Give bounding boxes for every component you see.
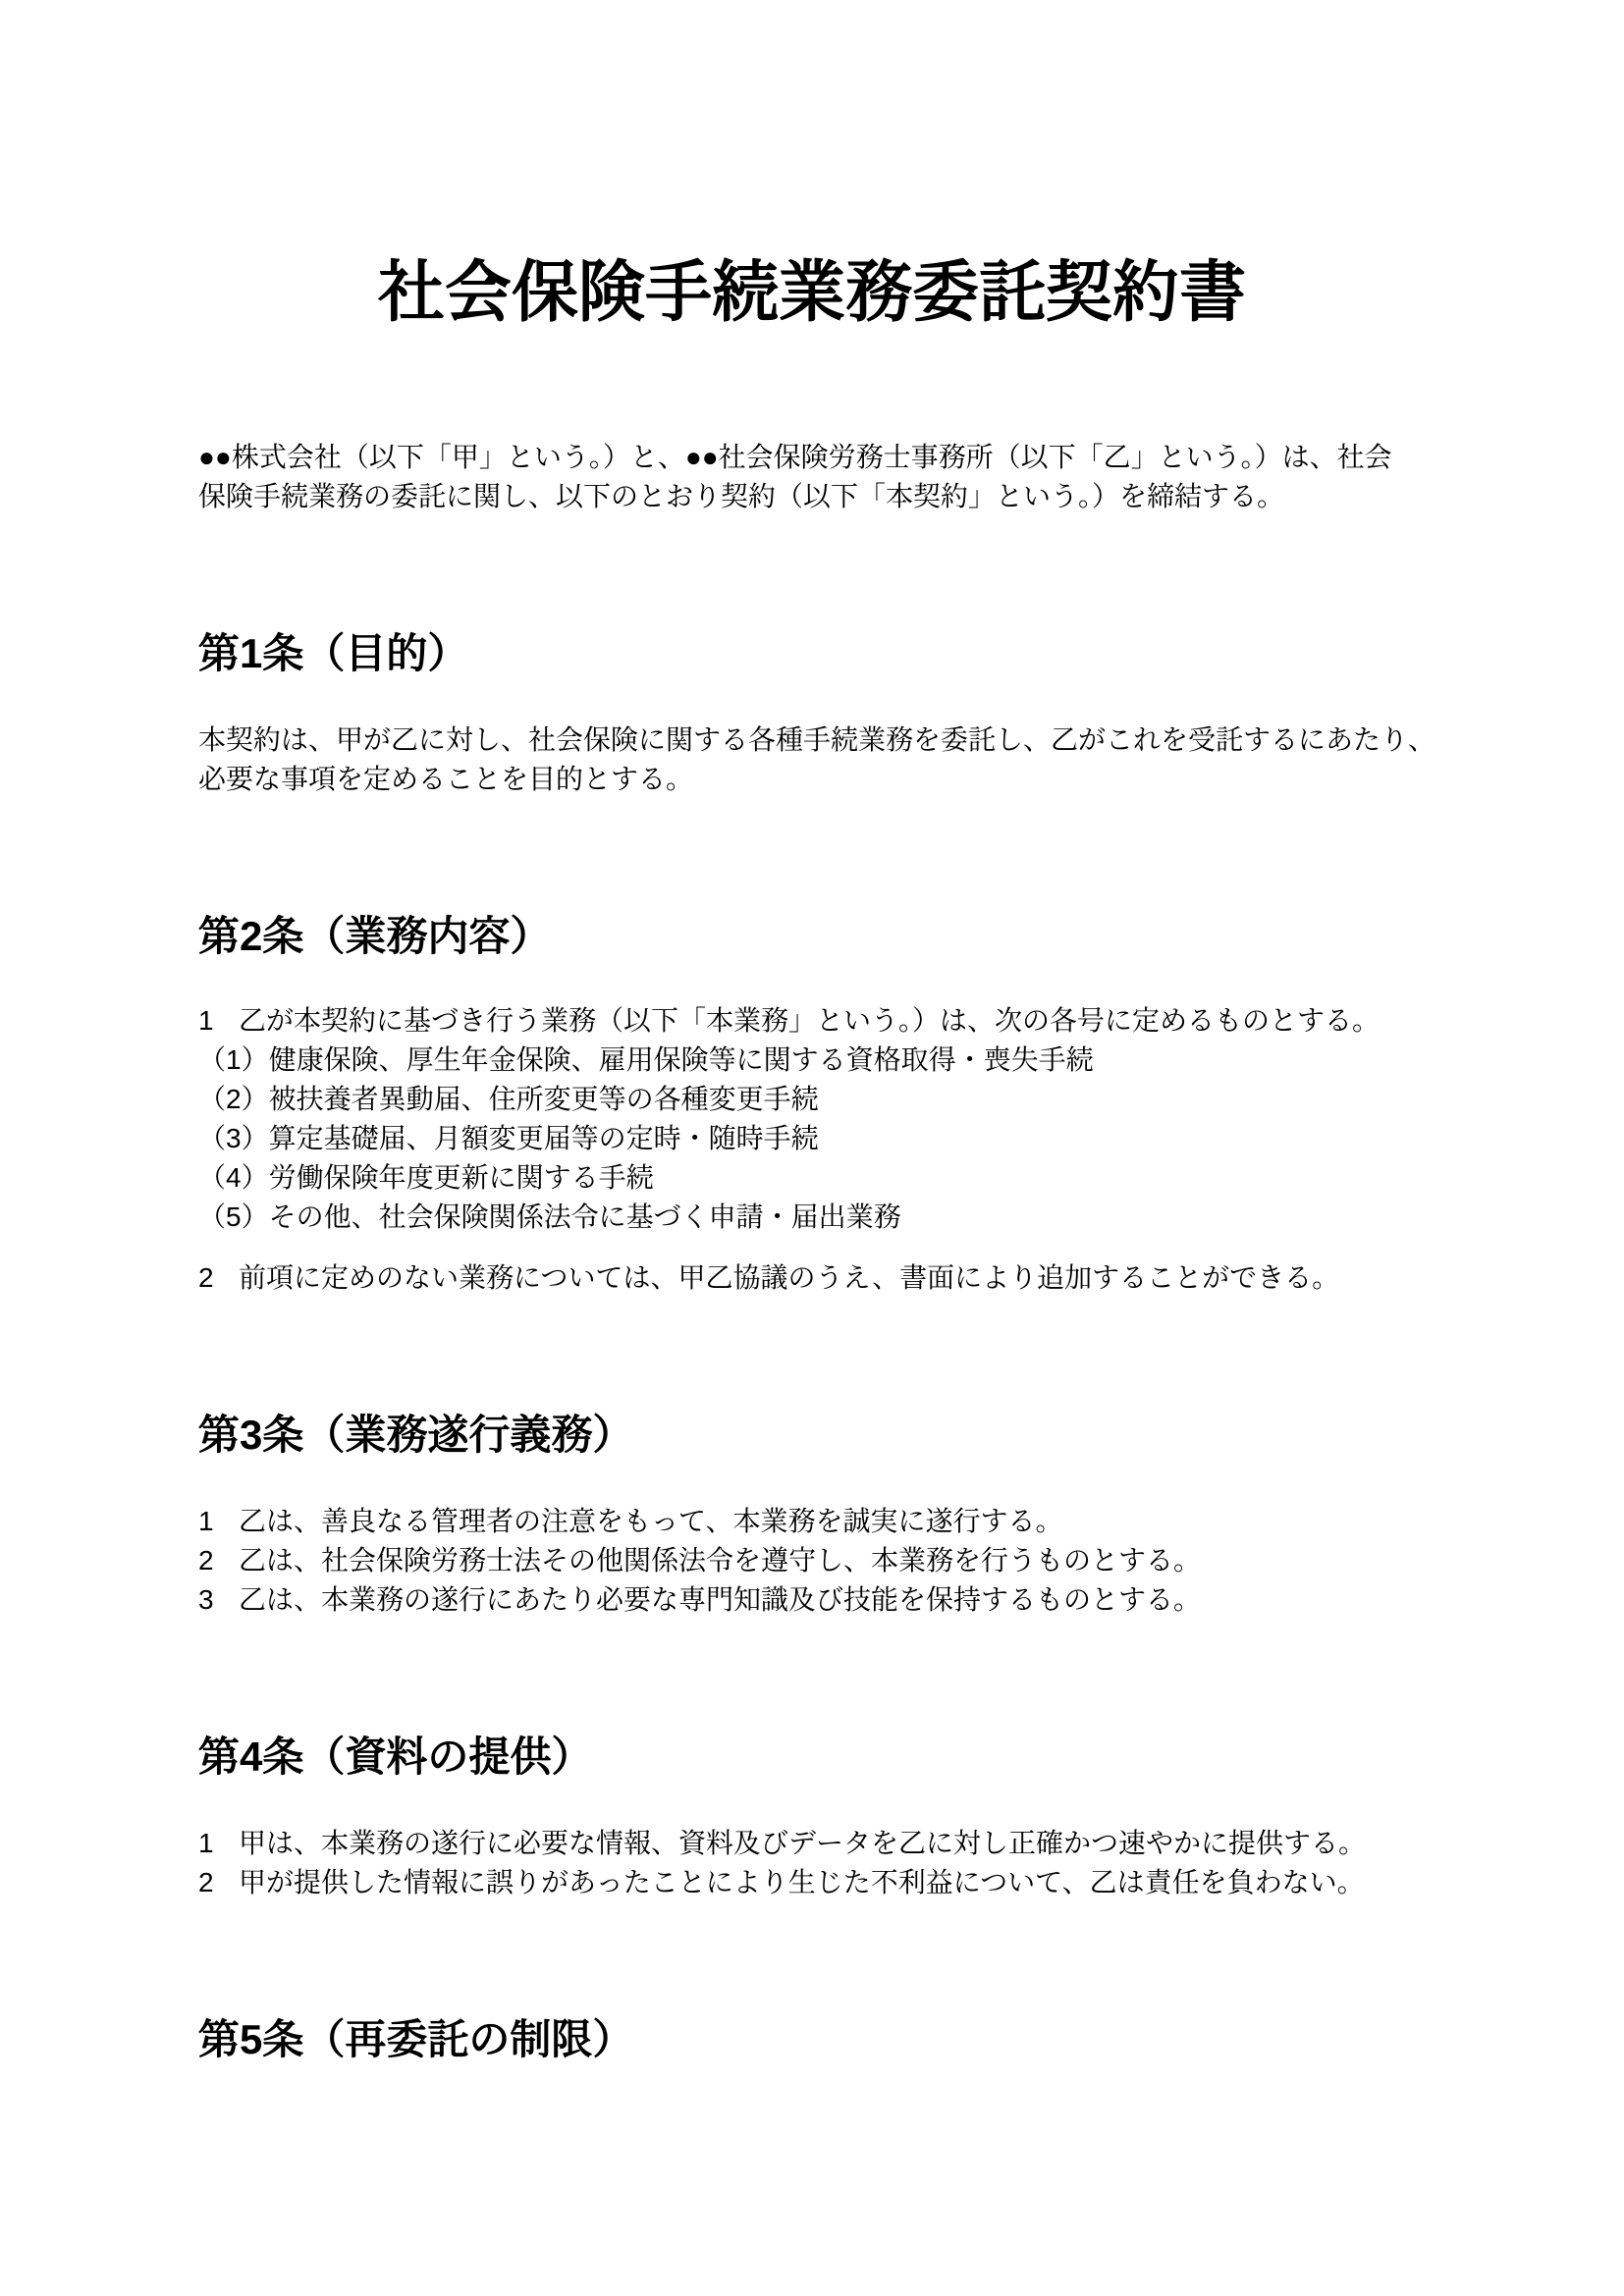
clause-text: 乙は、社会保険労務士法その他関係法令を遵守し、本業務を行うものとする。 [239,1541,1516,1580]
article-3-heading: 第3条（業務遂行義務） [198,1408,1516,1463]
clause-text: 乙は、本業務の遂行にあたり必要な専門知識及び技能を保持するものとする。 [239,1580,1516,1620]
article-4-clause-list: 1 甲は、本業務の遂行に必要な情報、資料及びデータを乙に対し正確かつ速やかに提供… [198,1824,1516,1902]
clause-text: 前項に定めのない業務については、甲乙協議のうえ、書面により追加することができる。 [239,1258,1516,1298]
article-1-body: 本契約は、甲が乙に対し、社会保険に関する各種手続業務を委託し、乙がこれを受託する… [198,721,1516,799]
article-2-clause-list: 1 乙が本契約に基づき行う業務（以下「本業務」という。）は、次の各号に定めるもの… [198,1001,1516,1298]
article-2-clause-2: 2 前項に定めのない業務については、甲乙協議のうえ、書面により追加することができ… [198,1258,1516,1298]
article-3-clause-2: 2 乙は、社会保険労務士法その他関係法令を遵守し、本業務を行うものとする。 [198,1541,1516,1580]
article-2-subitem-2: （2）被扶養者異動届、住所変更等の各種変更手続 [198,1080,1516,1119]
preamble-paragraph: ●●株式会社（以下「甲」という。）と、●●社会保険労務士事務所（以下「乙」という… [198,438,1516,516]
article-4-clause-2: 2 甲が提供した情報に誤りがあったことにより生じた不利益について、乙は責任を負わ… [198,1863,1516,1902]
article-3-clause-3: 3 乙は、本業務の遂行にあたり必要な専門知識及び技能を保持するものとする。 [198,1580,1516,1620]
clause-number: 1 [198,1824,239,1863]
article-2-subitem-5: （5）その他、社会保険関係法令に基づく申請・届出業務 [198,1198,1516,1237]
article-2-subitem-4: （4）労働保険年度更新に関する手続 [198,1158,1516,1198]
article-1-heading: 第1条（目的） [198,626,1516,681]
article-5-heading: 第5条（再委託の制限） [198,2012,1516,2067]
article-3-clause-1: 1 乙は、善良なる管理者の注意をもって、本業務を誠実に遂行する。 [198,1502,1516,1541]
clause-number: 1 [198,1502,239,1541]
clause-text: 乙は、善良なる管理者の注意をもって、本業務を誠実に遂行する。 [239,1502,1516,1541]
clause-text: 甲は、本業務の遂行に必要な情報、資料及びデータを乙に対し正確かつ速やかに提供する… [239,1824,1516,1863]
clause-number: 2 [198,1541,239,1580]
clause-number: 1 [198,1001,239,1041]
clause-text: 甲が提供した情報に誤りがあったことにより生じた不利益について、乙は責任を負わない… [239,1863,1516,1902]
clause-number: 2 [198,1258,239,1298]
clause-text: 乙が本契約に基づき行う業務（以下「本業務」という。）は、次の各号に定めるものとす… [239,1001,1516,1041]
article-4-clause-1: 1 甲は、本業務の遂行に必要な情報、資料及びデータを乙に対し正確かつ速やかに提供… [198,1824,1516,1863]
document-title: 社会保険手続業務委託契約書 [0,0,1624,332]
article-2-subitem-1: （1）健康保険、厚生年金保険、雇用保険等に関する資格取得・喪失手続 [198,1041,1516,1080]
article-4-heading: 第4条（資料の提供） [198,1730,1516,1785]
article-2-subitem-3: （3）算定基礎届、月額変更届等の定時・随時手続 [198,1119,1516,1158]
article-2-heading: 第2条（業務内容） [198,909,1516,964]
contract-document-page: 社会保険手続業務委託契約書 ●●株式会社（以下「甲」という。）と、●●社会保険労… [0,0,1624,2296]
article-3-clause-list: 1 乙は、善良なる管理者の注意をもって、本業務を誠実に遂行する。 2 乙は、社会… [198,1502,1516,1620]
clause-number: 2 [198,1863,239,1902]
article-2-clause-1: 1 乙が本契約に基づき行う業務（以下「本業務」という。）は、次の各号に定めるもの… [198,1001,1516,1041]
clause-number: 3 [198,1580,239,1620]
